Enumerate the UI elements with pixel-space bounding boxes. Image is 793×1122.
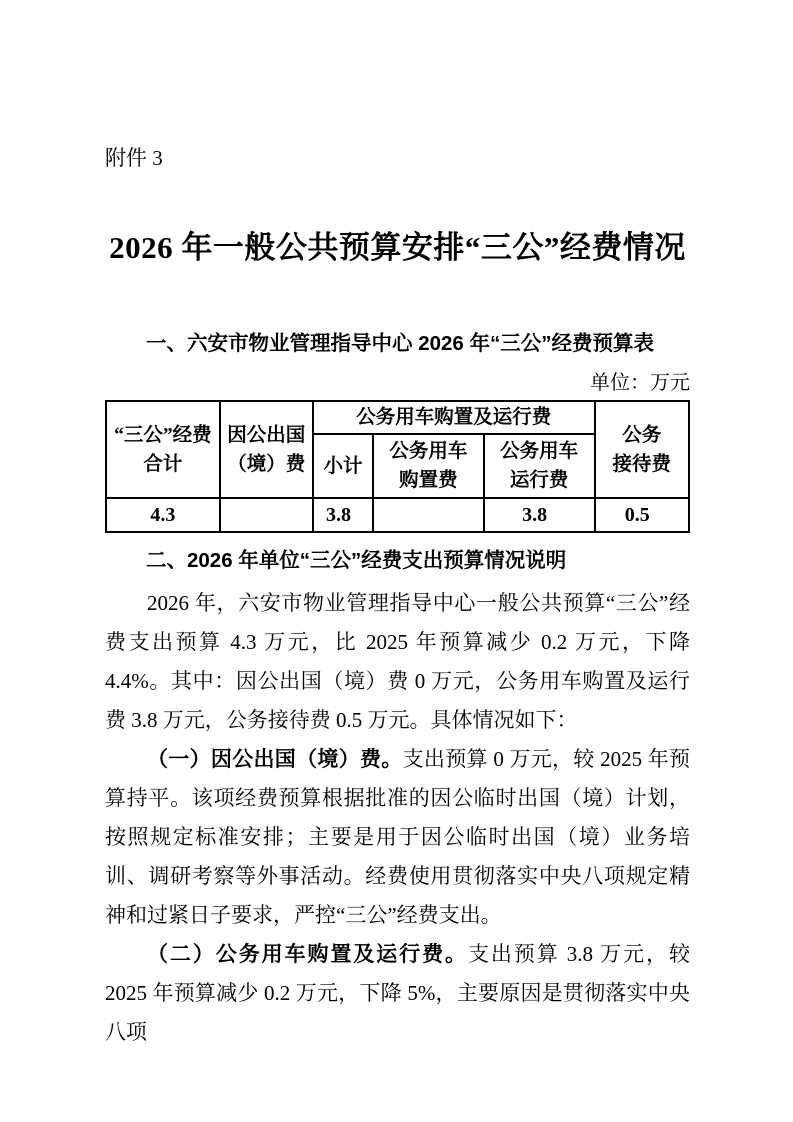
paragraph-abroad-fee-body: 支出预算 0 万元，较 2025 年预算持平。该项经费预算根据批准的因公临时出国… <box>105 747 690 927</box>
table-data-row: 4.3 3.8 3.8 0.5 <box>106 498 689 532</box>
value-sangong-total: 4.3 <box>106 498 220 532</box>
value-vehicle-subtotal: 3.8 <box>313 498 373 532</box>
attachment-label: 附件 3 <box>105 146 690 170</box>
paragraph-overview: 2026 年，六安市物业管理指导中心一般公共预算“三公”经费支出预算 4.3 万… <box>105 584 690 740</box>
document-page: 附件 3 2026 年一般公共预算安排“三公”经费情况 一、六安市物业管理指导中… <box>0 0 793 1122</box>
section1-heading: 一、六安市物业管理指导中心 2026 年“三公”经费预算表 <box>105 330 690 357</box>
value-reception-fee: 0.5 <box>595 498 689 532</box>
col-header-vehicle-purchase: 公务用车 购置费 <box>373 434 484 498</box>
section2-heading: 二、2026 年单位“三公”经费支出预算情况说明 <box>105 547 690 574</box>
budget-table: “三公”经费 合计 因公出国 （境）费 公务用车购置及运行费 公务 接待费 小计… <box>105 400 690 533</box>
paragraph-abroad-fee: （一）因公出国（境）费。支出预算 0 万元，较 2025 年预算持平。该项经费预… <box>105 740 690 935</box>
document-title: 2026 年一般公共预算安排“三公”经费情况 <box>105 228 690 268</box>
unit-note: 单位：万元 <box>105 371 690 395</box>
value-vehicle-operation: 3.8 <box>484 498 595 532</box>
table-header-row-group: “三公”经费 合计 因公出国 （境）费 公务用车购置及运行费 公务 接待费 <box>106 401 689 434</box>
col-header-vehicle-group: 公务用车购置及运行费 <box>313 401 595 434</box>
paragraph-abroad-fee-lead: （一）因公出国（境）费。 <box>147 748 403 771</box>
value-abroad-fee <box>220 498 313 532</box>
col-header-abroad-fee: 因公出国 （境）费 <box>220 401 313 498</box>
col-header-vehicle-subtotal: 小计 <box>313 434 373 498</box>
value-vehicle-purchase <box>373 498 484 532</box>
col-header-reception-fee: 公务 接待费 <box>595 401 689 498</box>
col-header-sangong-total: “三公”经费 合计 <box>106 401 220 498</box>
paragraph-vehicle-fee: （二）公务用车购置及运行费。支出预算 3.8 万元，较 2025 年预算减少 0… <box>105 935 690 1052</box>
col-header-vehicle-operation: 公务用车 运行费 <box>484 434 595 498</box>
paragraph-vehicle-fee-lead: （二）公务用车购置及运行费。 <box>147 943 468 966</box>
